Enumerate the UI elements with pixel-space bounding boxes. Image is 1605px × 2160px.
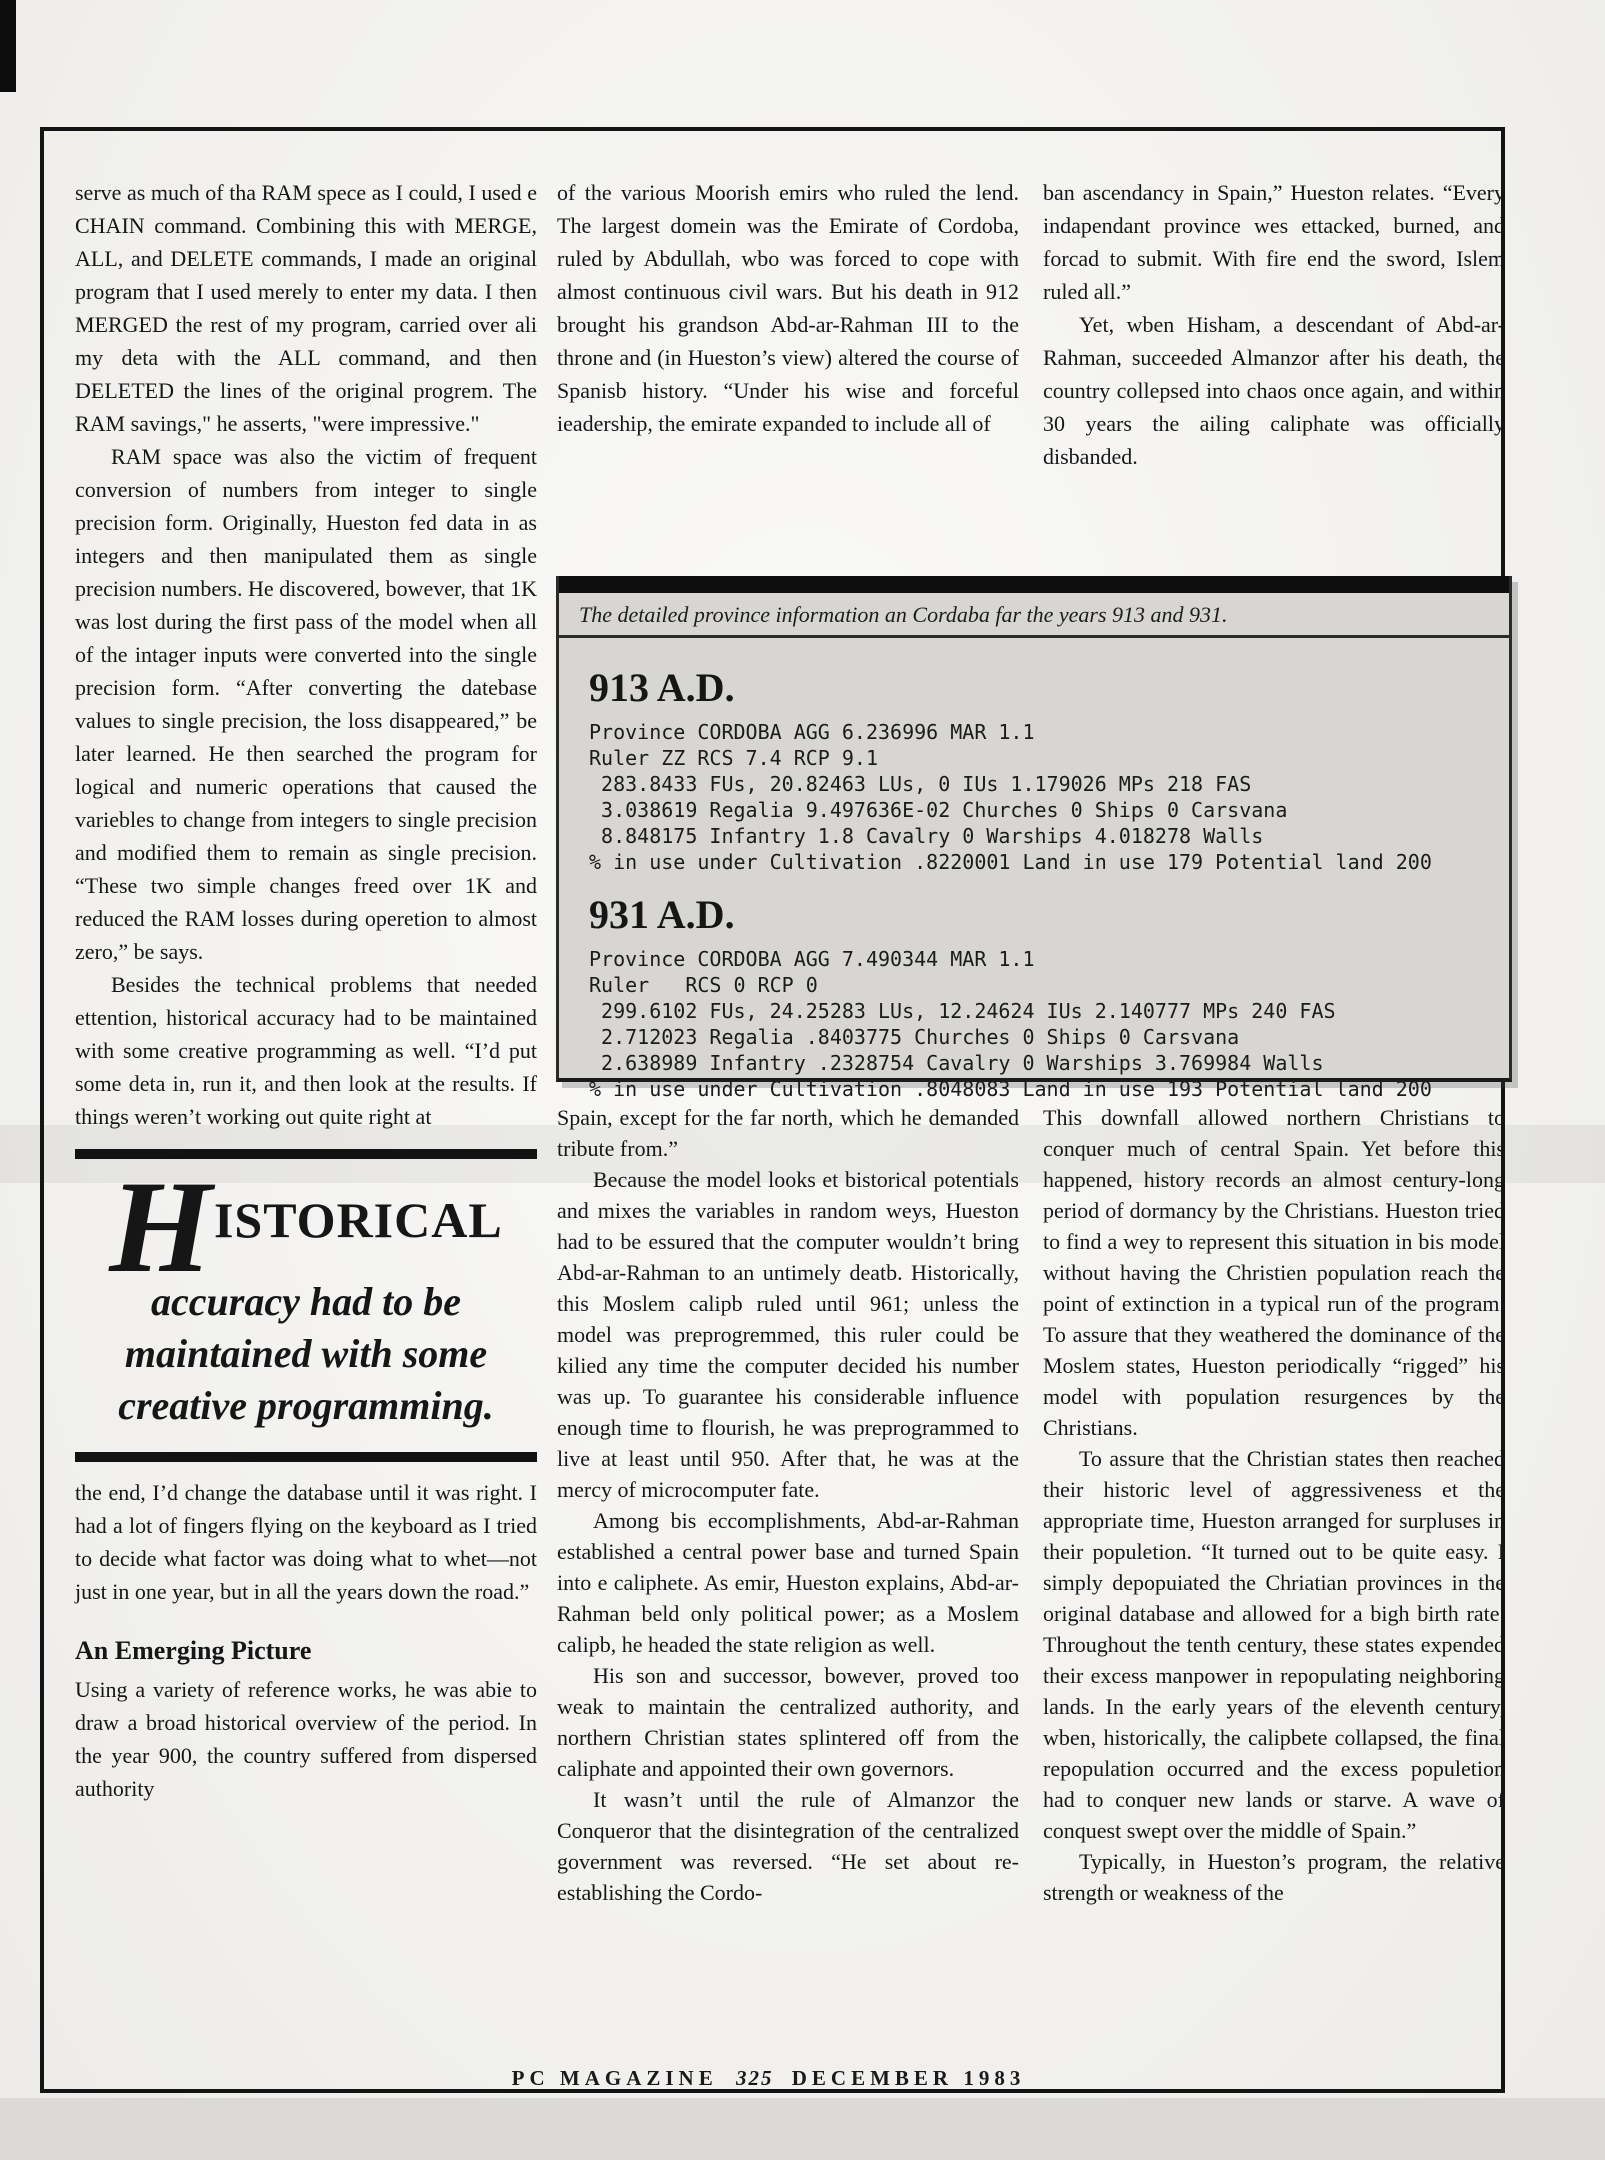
paragraph-accomplishments: Among bis eccomplishments, Abd-ar-Rahman… — [557, 1505, 1019, 1660]
paragraph-moorish-emirs: of the various Moorish emirs who ruled t… — [557, 176, 1019, 440]
paragraph-typically: Typically, in Hueston’s program, the rel… — [1043, 1846, 1505, 1908]
scan-corner-artifact — [0, 0, 16, 92]
paragraph-ram-precision: RAM space was also the victim of frequen… — [75, 440, 537, 968]
paragraph-spain-far-north: Spain, except for the far north, which h… — [557, 1102, 1019, 1164]
pull-quote-line: maintained with some — [75, 1328, 537, 1380]
output-line: % in use under Cultivation .8048083 Land… — [589, 1076, 1499, 1102]
page-footer: PC MAGAZINE 325 DECEMBER 1983 — [40, 2066, 1497, 2091]
footer-magazine-name: PC MAGAZINE — [512, 2066, 718, 2090]
output-line: Province CORDOBA AGG 7.490344 MAR 1.1 — [589, 946, 1499, 972]
paragraph-almanzor: It wasn’t until the rule of Almanzor the… — [557, 1784, 1019, 1908]
scan-band-bottom — [0, 2098, 1605, 2160]
paragraph-model-randomness: Because the model looks et bistorical po… — [557, 1164, 1019, 1505]
output-line: 2.712023 Regalia .8403775 Churches 0 Shi… — [589, 1024, 1499, 1050]
output-line: 283.8433 FUs, 20.82463 LUs, 0 IUs 1.1790… — [589, 771, 1499, 797]
output-section-year-913: 913 A.D. — [589, 664, 1499, 711]
section-heading-emerging-picture: An Emerging Picture — [75, 1634, 537, 1667]
output-box-body: 913 A.D. Province CORDOBA AGG 6.236996 M… — [559, 638, 1509, 1102]
output-box-caption: The detailed province information an Cor… — [559, 593, 1509, 635]
output-line: 299.6102 FUs, 24.25283 LUs, 12.24624 IUs… — [589, 998, 1499, 1024]
paragraph-change-database: the end, I’d change the database until i… — [75, 1476, 537, 1608]
pull-quote: HISTORICAL accuracy had to be maintained… — [75, 1149, 537, 1462]
footer-date: DECEMBER 1983 — [792, 2066, 1026, 2090]
right-column-top: ban ascendancy in Spain,” Hueston relate… — [1043, 176, 1505, 578]
paragraph-historical-accuracy: Besides the technical problems that need… — [75, 968, 537, 1133]
output-box-top-bar — [559, 576, 1509, 593]
pull-quote-rule-bottom — [75, 1452, 537, 1462]
computer-output-box: The detailed province information an Cor… — [556, 576, 1512, 1082]
middle-column-top: of the various Moorish emirs who ruled t… — [557, 176, 1019, 578]
footer-page-number: 325 — [728, 2066, 782, 2090]
paragraph-ban-ascendancy: ban ascendancy in Spain,” Hueston relate… — [1043, 176, 1505, 308]
output-line: Ruler ZZ RCS 7.4 RCP 9.1 — [589, 745, 1499, 771]
output-section-year-931: 931 A.D. — [589, 891, 1499, 938]
output-line: Province CORDOBA AGG 6.236996 MAR 1.1 — [589, 719, 1499, 745]
paragraph-downfall: This downfall allowed northern Christian… — [1043, 1102, 1505, 1443]
output-line: 3.038619 Regalia 9.497636E-02 Churches 0… — [589, 797, 1499, 823]
output-line: 8.848175 Infantry 1.8 Cavalry 0 Warships… — [589, 823, 1499, 849]
middle-column-bottom: Spain, except for the far north, which h… — [557, 1102, 1019, 2072]
pull-quote-first-line: HISTORICAL — [75, 1177, 537, 1276]
output-line: 2.638989 Infantry .2328754 Cavalry 0 War… — [589, 1050, 1499, 1076]
pull-quote-caps: ISTORICAL — [214, 1192, 503, 1248]
paragraph-son-successor: His son and successor, bowever, proved t… — [557, 1660, 1019, 1784]
right-column-bottom: This downfall allowed northern Christian… — [1043, 1102, 1505, 2072]
paragraph-ram-chain: serve as much of tha RAM spece as I coul… — [75, 176, 537, 440]
left-column: serve as much of tha RAM spece as I coul… — [75, 176, 537, 1805]
pull-quote-line: creative programming. — [75, 1380, 537, 1432]
paragraph-hisham: Yet, wben Hisham, a descendant of Abd-ar… — [1043, 308, 1505, 473]
paragraph-christian-states: To assure that the Christian states then… — [1043, 1443, 1505, 1846]
output-line: Ruler RCS 0 RCP 0 — [589, 972, 1499, 998]
paragraph-reference-works: Using a variety of reference works, he w… — [75, 1673, 537, 1805]
output-line: % in use under Cultivation .8220001 Land… — [589, 849, 1499, 875]
